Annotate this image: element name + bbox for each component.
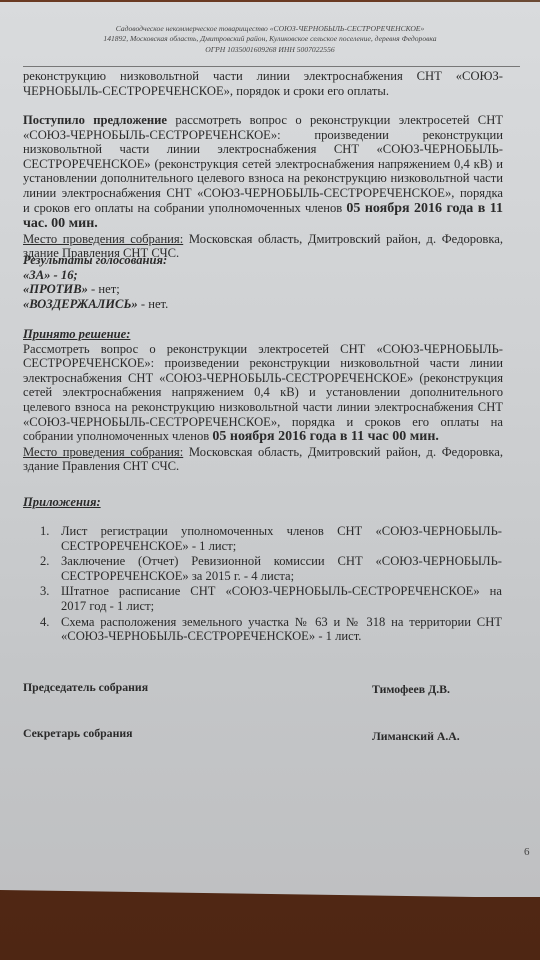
decision-title: Принято решение: xyxy=(23,327,503,342)
attachments-list: 1. Лист регистрации уполномоченных члено… xyxy=(40,524,502,645)
decision-section: Принято решение: Рассмотреть вопрос о ре… xyxy=(23,327,503,474)
letterhead-registration: ОГРН 1035001609268 ИНН 5007022556 xyxy=(0,45,540,55)
chair-name: Тимофеев Д.В. xyxy=(372,682,450,697)
attachment-text: Штатное расписание СНТ «СОЮЗ-ЧЕРНОБЫЛЬ-С… xyxy=(61,584,502,613)
page-number: 6 xyxy=(524,846,530,858)
continuation-text: реконструкцию низковольтной части линии … xyxy=(23,69,503,98)
proposal-label: Поступило предложение xyxy=(23,113,167,127)
letterhead: Садоводческое некоммерческое товариществ… xyxy=(0,24,540,55)
voting-results: Результаты голосования: «ЗА» - 16; «ПРОТ… xyxy=(23,253,503,311)
voting-against-value: - нет; xyxy=(88,282,120,296)
attachment-item: 3. Штатное расписание СНТ «СОЮЗ-ЧЕРНОБЫЛ… xyxy=(40,584,502,613)
proposal-paragraph: Поступило предложение рассмотреть вопрос… xyxy=(23,113,503,261)
voting-title: Результаты голосования: xyxy=(23,253,503,268)
proposal-text: рассмотреть вопрос о реконструкции элект… xyxy=(23,113,503,215)
continuation-paragraph: реконструкцию низковольтной части линии … xyxy=(23,69,503,98)
decision-venue-label: Место проведения собрания: xyxy=(23,445,183,459)
decision-date: 05 ноября 2016 года в 11 час 00 мин. xyxy=(212,429,439,444)
document-page: Садоводческое некоммерческое товариществ… xyxy=(0,2,540,897)
attachment-number: 3. xyxy=(40,584,61,613)
voting-against-label: «ПРОТИВ» xyxy=(23,282,88,296)
attachment-text: Заключение (Отчет) Ревизионной комиссии … xyxy=(61,554,502,583)
voting-abstain-label: «ВОЗДЕРЖАЛИСЬ» xyxy=(23,297,138,311)
voting-abstain-value: - нет. xyxy=(138,297,169,311)
attachment-number: 4. xyxy=(40,615,61,644)
attachment-item: 4. Схема расположения земельного участка… xyxy=(40,615,502,644)
secretary-name: Лиманский А.А. xyxy=(372,729,460,744)
attachment-text: Схема расположения земельного участка № … xyxy=(61,615,502,644)
voting-for: «ЗА» - 16; xyxy=(23,268,503,283)
letterhead-address: 141892, Московская область, Дмитровский … xyxy=(0,34,540,44)
header-divider xyxy=(23,66,520,67)
attachment-item: 2. Заключение (Отчет) Ревизионной комисс… xyxy=(40,554,502,583)
decision-text: Рассмотреть вопрос о реконструкции элект… xyxy=(23,342,503,444)
letterhead-org-name: Садоводческое некоммерческое товариществ… xyxy=(0,24,540,34)
attachment-item: 1. Лист регистрации уполномоченных члено… xyxy=(40,524,502,553)
attachments-title: Приложения: xyxy=(23,495,503,510)
secretary-label: Секретарь собрания xyxy=(23,726,133,741)
chair-label: Председатель собрания xyxy=(23,680,148,695)
attachment-text: Лист регистрации уполномоченных членов С… xyxy=(61,524,502,553)
attachment-number: 2. xyxy=(40,554,61,583)
attachments-heading-block: Приложения: xyxy=(23,495,503,510)
attachment-number: 1. xyxy=(40,524,61,553)
proposal-venue-label: Место проведения собрания: xyxy=(23,232,183,246)
